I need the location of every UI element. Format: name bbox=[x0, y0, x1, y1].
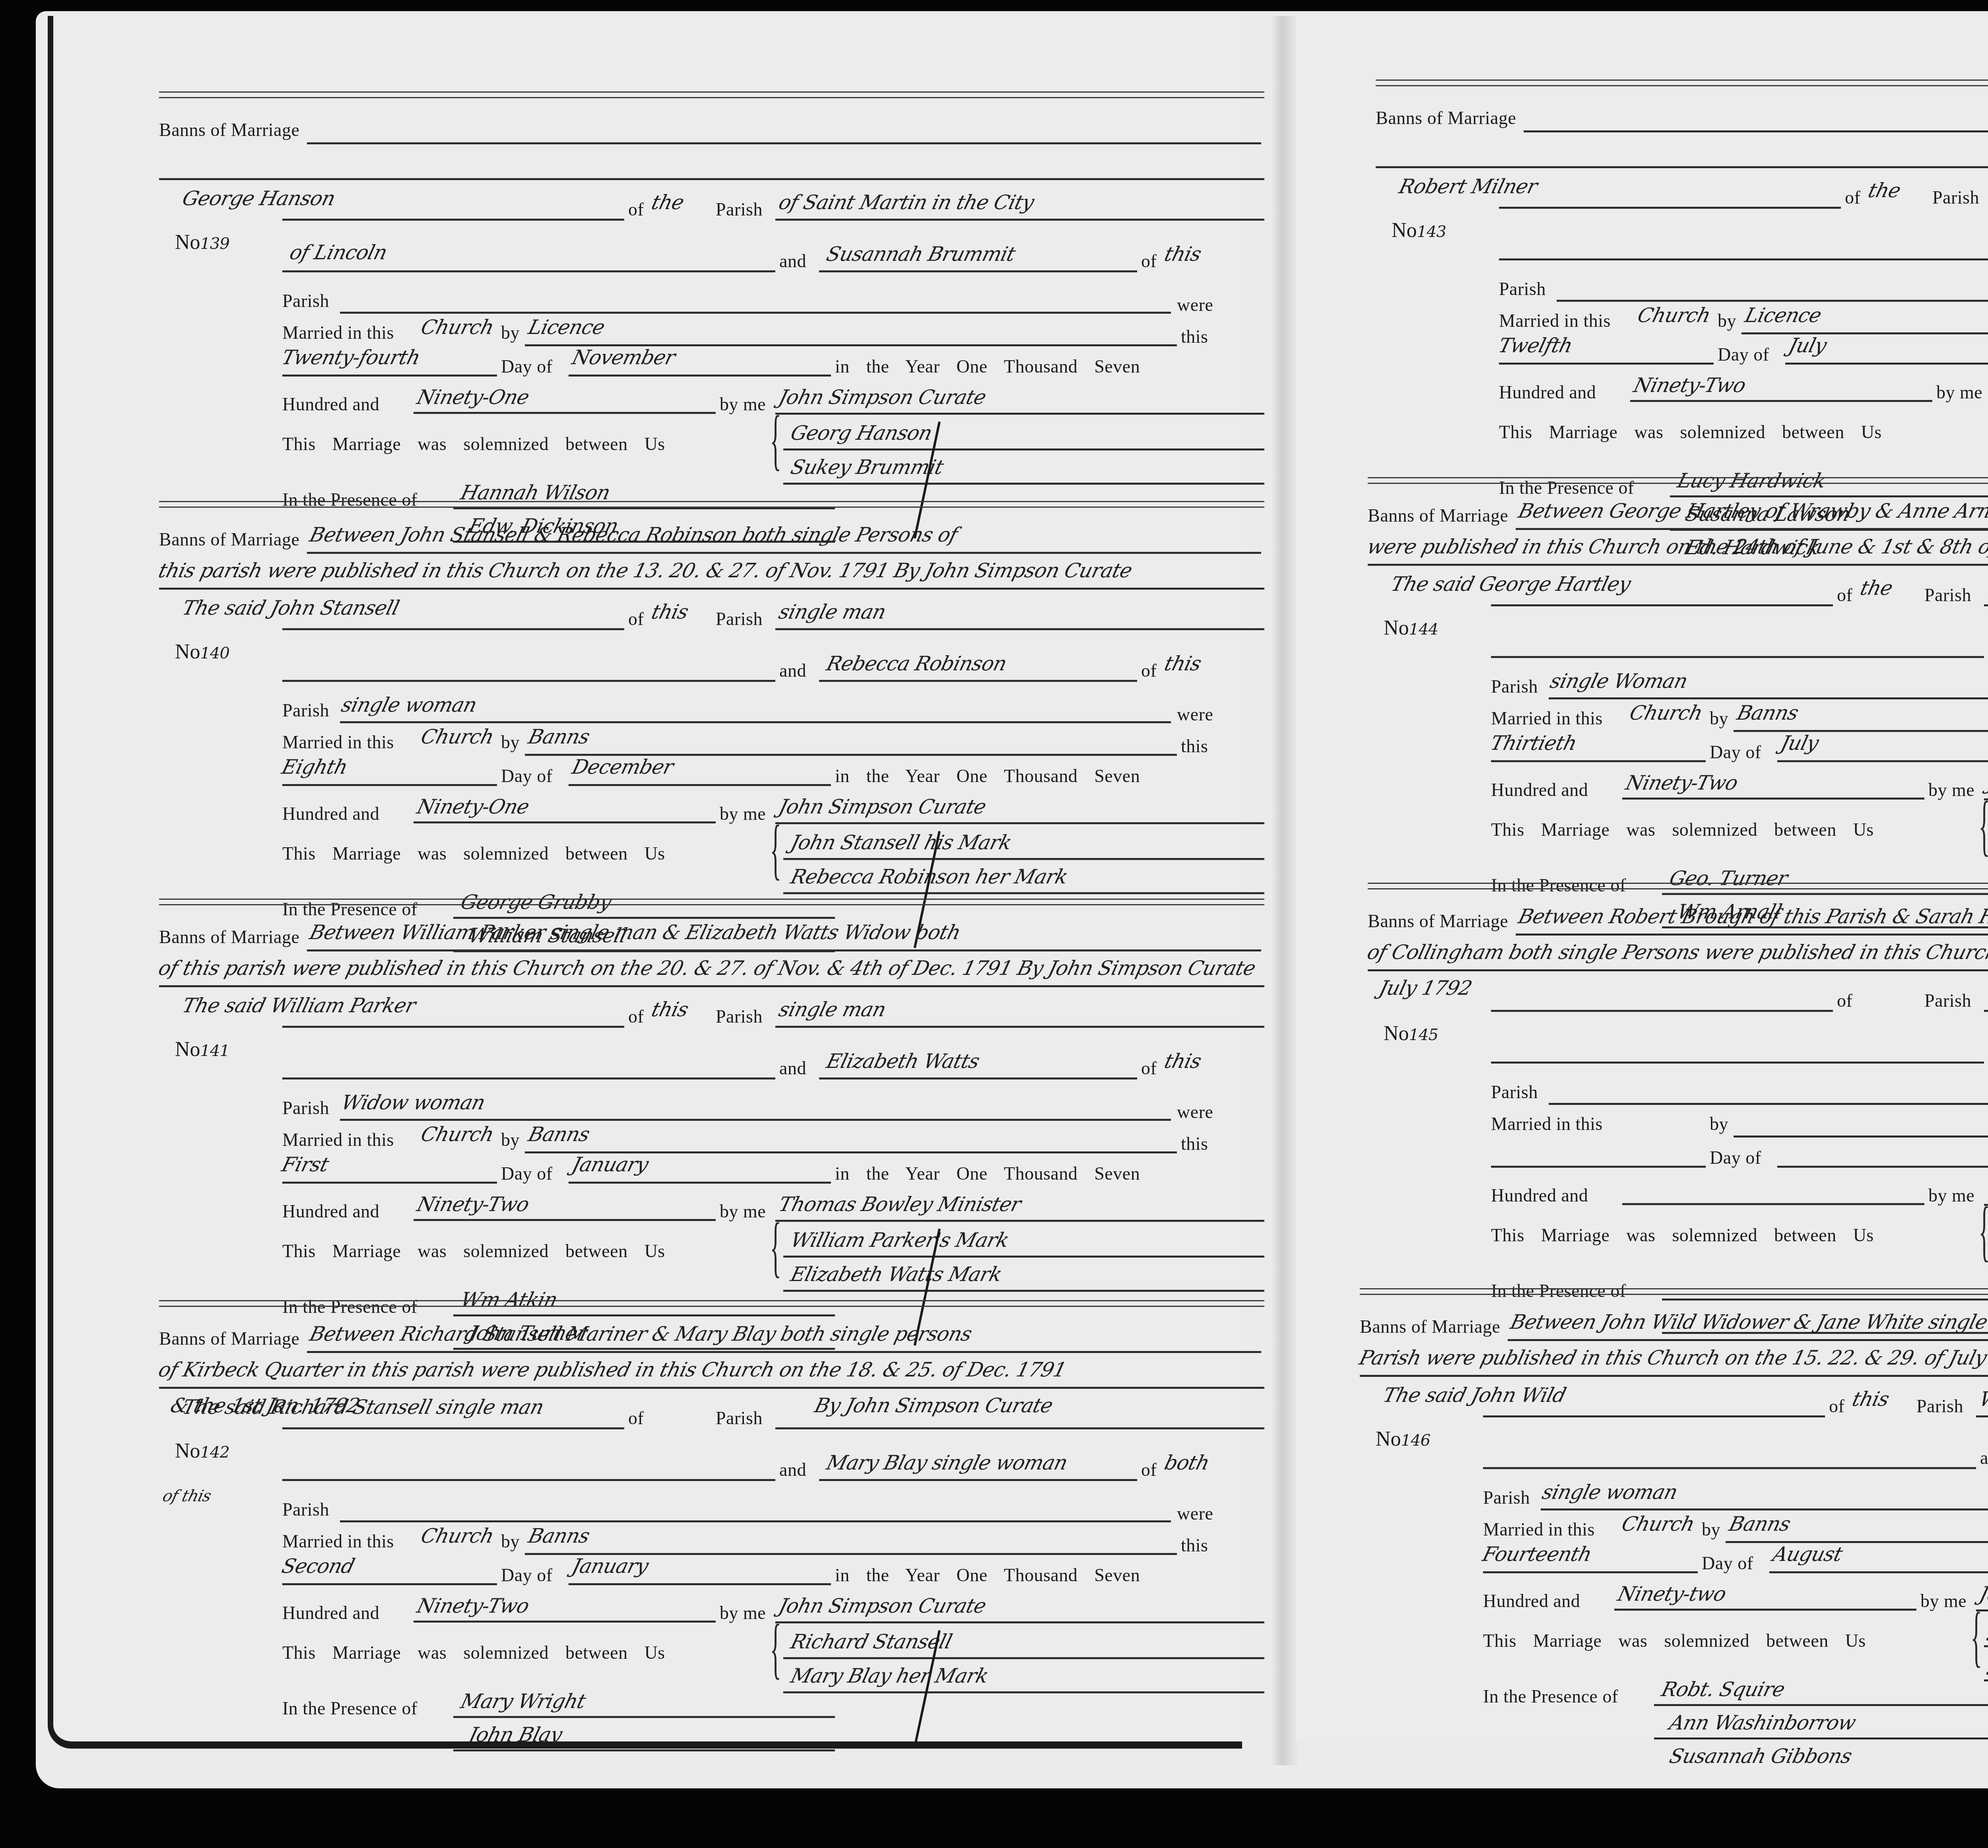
banns-text-line1: Between William Parker single man & Eliz… bbox=[307, 921, 963, 944]
year-label: in the Year One Thousand Seven bbox=[835, 765, 1140, 786]
double-rule-top bbox=[159, 501, 1264, 502]
year-rule bbox=[1622, 1203, 1924, 1205]
banns-label: Banns of Marriage bbox=[1368, 505, 1508, 526]
married-by: Licence bbox=[1743, 304, 1824, 327]
officiant-rule bbox=[775, 822, 1264, 824]
of-label-2: of bbox=[1141, 250, 1157, 272]
hundred-label: Hundred and bbox=[1483, 1590, 1580, 1611]
married-by-rule bbox=[1734, 1136, 1988, 1138]
marriage-entry-143: Banns of Marriage Robert Milner of the P… bbox=[1376, 80, 1988, 477]
officiant: John Simpson Curate bbox=[777, 795, 988, 818]
parish-label: Parish bbox=[1932, 187, 1979, 208]
bride-signature-rule bbox=[783, 1290, 1264, 1292]
officiant-rule bbox=[775, 413, 1264, 415]
month-rule bbox=[1777, 760, 1988, 762]
number-value: 142 bbox=[200, 1443, 229, 1462]
banns-text-line2: of Kirbeck Quarter in this parish were p… bbox=[156, 1358, 1069, 1381]
month-rule bbox=[569, 1583, 831, 1585]
signature-brace: { bbox=[1971, 1602, 1982, 1670]
place: Church bbox=[1635, 304, 1713, 327]
groom-signature-rule bbox=[783, 1657, 1264, 1659]
marriage-entry-145: Banns of Marriage Between Robert Brough … bbox=[1368, 883, 1988, 1280]
banns-rule-2 bbox=[1368, 564, 1988, 566]
day-of-label: Day of bbox=[1702, 1553, 1753, 1574]
banns-text-line1: Between John Wild Widower & Jane White s… bbox=[1508, 1310, 1988, 1334]
bride-rule bbox=[819, 1077, 1137, 1079]
were-label: were bbox=[1177, 704, 1213, 725]
parish-status-rule bbox=[340, 1119, 1171, 1121]
groom-parish-rule bbox=[775, 1026, 1264, 1028]
number-value: 146 bbox=[1401, 1431, 1430, 1450]
groom-rule bbox=[1491, 604, 1833, 606]
parish-label-2: Parish bbox=[282, 1097, 329, 1118]
married-label: Married in this bbox=[282, 732, 394, 753]
officiant-rule bbox=[775, 1220, 1264, 1222]
signature-brace: { bbox=[770, 1213, 782, 1280]
parish-label-2: Parish bbox=[282, 1499, 329, 1520]
hundred-label: Hundred and bbox=[1499, 382, 1596, 403]
double-rule-bottom bbox=[159, 904, 1264, 905]
presence-label: In the Presence of bbox=[282, 1698, 417, 1719]
bride-rule bbox=[819, 680, 1137, 682]
parish-label-2: Parish bbox=[282, 290, 329, 311]
married-label: Married in this bbox=[282, 1129, 394, 1150]
groom-signature-rule bbox=[1984, 1645, 1988, 1647]
witness-2: John Blay bbox=[466, 1723, 565, 1746]
day: Eighth bbox=[280, 755, 350, 778]
groom-rule bbox=[282, 628, 624, 630]
groom-of: this bbox=[1850, 1388, 1891, 1411]
day-rule bbox=[1491, 1166, 1706, 1168]
were-label: were bbox=[1177, 1101, 1213, 1122]
number-value: 139 bbox=[200, 235, 229, 253]
parish-status-rule bbox=[340, 1520, 1171, 1522]
banns-rule-1 bbox=[307, 552, 1261, 554]
marriage-entry-139: Banns of Marriage George Hanson of the P… bbox=[159, 91, 1272, 489]
parish-label: Parish bbox=[1924, 990, 1971, 1011]
number-value: 143 bbox=[1417, 223, 1446, 241]
place: Church bbox=[419, 725, 496, 748]
year-rule bbox=[414, 821, 716, 823]
day-of-label: Day of bbox=[1710, 1147, 1761, 1168]
day: Thirtieth bbox=[1488, 732, 1579, 755]
of-label: of bbox=[628, 199, 644, 220]
signature-brace: { bbox=[770, 815, 782, 883]
month-rule bbox=[1785, 363, 1988, 365]
double-rule-top bbox=[159, 1300, 1264, 1301]
witness-3: Susannah Gibbons bbox=[1667, 1745, 1854, 1768]
by-label: by bbox=[1710, 1113, 1728, 1134]
year-words: Ninety-One bbox=[415, 386, 532, 409]
banns-label: Banns of Marriage bbox=[1376, 107, 1516, 128]
groom-parish-rule bbox=[775, 628, 1264, 630]
day-rule bbox=[1483, 1571, 1698, 1573]
solemnized-label: This Marriage was solemnized between Us bbox=[282, 1642, 665, 1663]
of-label: of bbox=[1845, 187, 1860, 208]
by-me-label: by me bbox=[720, 394, 766, 415]
of-label: of bbox=[1837, 990, 1852, 1011]
parish-label: Parish bbox=[1924, 584, 1971, 606]
number-value: 145 bbox=[1409, 1026, 1438, 1044]
banns-rule-1 bbox=[1524, 130, 1988, 132]
of-label: of bbox=[1837, 584, 1852, 606]
bride-left-rule bbox=[282, 270, 775, 272]
month-rule bbox=[569, 784, 831, 786]
groom-of: the bbox=[1858, 577, 1895, 600]
groom-parish: of Saint Martin in the City bbox=[777, 191, 1037, 214]
hundred-label: Hundred and bbox=[282, 1201, 379, 1222]
married-label: Married in this bbox=[1491, 708, 1603, 729]
bride-name: Mary Blay single woman bbox=[824, 1451, 1070, 1474]
solemnized-label: This Marriage was solemnized between Us bbox=[282, 433, 665, 454]
number-prefix: No bbox=[1384, 1022, 1409, 1045]
double-rule-bottom bbox=[1368, 888, 1988, 889]
groom-name: The said John Wild bbox=[1381, 1384, 1569, 1407]
banns-rule-1 bbox=[1508, 1339, 1988, 1341]
year-words: Ninety-Two bbox=[415, 1193, 532, 1216]
number-value: 140 bbox=[200, 644, 229, 662]
officiant: John Simpson Curate bbox=[777, 1594, 988, 1617]
year-words: Ninety-Two bbox=[415, 1594, 532, 1617]
hundred-label: Hundred and bbox=[1491, 1185, 1588, 1206]
bride-rule bbox=[819, 1479, 1137, 1481]
by-label: by bbox=[1710, 708, 1728, 729]
marriage-entry-140: Banns of Marriage Between John Stansell … bbox=[159, 501, 1272, 899]
number-value: 144 bbox=[1409, 620, 1438, 639]
banns-text-line2: of this parish were published in this Ch… bbox=[156, 957, 1258, 980]
double-rule-top bbox=[159, 91, 1264, 93]
banns-text-line1: Between Richard Stansell Mariner & Mary … bbox=[307, 1322, 974, 1345]
marriage-entry-144: Banns of Marriage Between George Hartley… bbox=[1368, 477, 1988, 875]
bride-of: this bbox=[1162, 652, 1204, 675]
banns-label: Banns of Marriage bbox=[1368, 910, 1508, 932]
by-me-label: by me bbox=[1920, 1590, 1967, 1611]
banns-text-line1: Between George Hartley of Wrawby & Anne … bbox=[1516, 499, 1988, 522]
signature-brace: { bbox=[770, 406, 782, 473]
married-label: Married in this bbox=[1499, 310, 1611, 331]
entry-number: No140 bbox=[175, 640, 229, 664]
witness-1-rule bbox=[453, 1716, 835, 1718]
day-of-label: Day of bbox=[1710, 742, 1761, 763]
were-label: were bbox=[1177, 1503, 1213, 1524]
banns-text-line2: were published in this Church on the 24t… bbox=[1365, 535, 1988, 558]
witness-1: Robt. Squire bbox=[1659, 1678, 1787, 1701]
year-rule bbox=[1622, 798, 1924, 800]
place: Church bbox=[419, 1123, 496, 1146]
banns-text-line3-by: By John Simpson Curate bbox=[812, 1394, 1055, 1417]
groom-of: this bbox=[649, 998, 691, 1021]
bride-of: this bbox=[1162, 243, 1204, 266]
groom-signature: William Parker's Mark bbox=[788, 1229, 1011, 1252]
banns-rule-1 bbox=[307, 949, 1261, 951]
parish-status-rule bbox=[1541, 1508, 1988, 1510]
and-label: and bbox=[779, 660, 806, 681]
bride-name: Rebecca Robinson bbox=[824, 652, 1009, 675]
bride-left-rule bbox=[1483, 1467, 1976, 1469]
double-rule-top bbox=[1368, 477, 1988, 478]
year-rule bbox=[414, 1621, 716, 1623]
groom-signature-rule bbox=[783, 858, 1264, 860]
by-label: by bbox=[501, 732, 520, 753]
married-label: Married in this bbox=[282, 1531, 394, 1552]
bride-left-rule bbox=[1491, 656, 1984, 658]
married-label: Married in this bbox=[1483, 1519, 1595, 1540]
groom-signature: John Stansell his Mark bbox=[788, 831, 1014, 854]
bride-left-rule bbox=[1491, 1062, 1984, 1064]
by-me-label: by me bbox=[720, 1602, 766, 1623]
banns-rule-1 bbox=[307, 142, 1261, 144]
day-rule bbox=[282, 784, 497, 786]
parish-label: Parish bbox=[716, 608, 763, 629]
hundred-label: Hundred and bbox=[282, 803, 379, 824]
day: Fourteenth bbox=[1480, 1543, 1594, 1566]
solemnized-label: This Marriage was solemnized between Us bbox=[1491, 819, 1874, 840]
by-label: by bbox=[501, 1129, 520, 1150]
year-label: in the Year One Thousand Seven bbox=[835, 1163, 1140, 1184]
groom-parish: single man bbox=[777, 998, 888, 1021]
day-rule bbox=[282, 375, 497, 377]
groom-signature: Georg Hanson bbox=[788, 421, 934, 445]
of-label: of bbox=[628, 1407, 644, 1429]
by-me-label: by me bbox=[720, 1201, 766, 1222]
of-label: of bbox=[1829, 1396, 1844, 1417]
presence-label: In the Presence of bbox=[1483, 1686, 1618, 1707]
year-rule bbox=[1614, 1609, 1916, 1611]
parish-label: Parish bbox=[716, 1006, 763, 1027]
by-label: by bbox=[1702, 1519, 1720, 1540]
day-of-label: Day of bbox=[501, 356, 552, 377]
groom-parish: of Wrawby single man bbox=[1985, 577, 1988, 600]
groom-rule bbox=[282, 1026, 624, 1028]
parish-status-rule bbox=[1557, 300, 1988, 302]
month: January bbox=[570, 1153, 651, 1176]
groom-parish-rule bbox=[775, 1427, 1264, 1429]
parish-status-rule bbox=[1549, 1103, 1988, 1105]
number-prefix: No bbox=[1392, 219, 1417, 242]
solemnized-label: This Marriage was solemnized between Us bbox=[282, 1240, 665, 1262]
groom-rule bbox=[1491, 1010, 1833, 1012]
banns-rule-2 bbox=[159, 1387, 1264, 1389]
signature-brace: { bbox=[1987, 394, 1988, 461]
groom-rule bbox=[282, 1427, 624, 1429]
place: Church bbox=[1619, 1512, 1697, 1535]
groom-parish-rule bbox=[775, 219, 1264, 221]
entry-number: No141 bbox=[175, 1038, 229, 1061]
banns-rule-2 bbox=[1376, 166, 1988, 168]
month: July bbox=[1786, 334, 1829, 357]
banns-rule-1 bbox=[1516, 934, 1988, 936]
month: November bbox=[570, 346, 678, 369]
parish-label-2: Parish bbox=[1483, 1487, 1530, 1508]
and-label: and bbox=[779, 1058, 806, 1079]
day: First bbox=[280, 1153, 331, 1176]
bride-signature-rule bbox=[783, 1691, 1264, 1693]
bride-of: this bbox=[1162, 1050, 1204, 1073]
hundred-label: Hundred and bbox=[282, 1602, 379, 1623]
month-rule bbox=[569, 1182, 831, 1184]
parish-label-2: Parish bbox=[1499, 278, 1546, 299]
day-rule bbox=[1491, 760, 1706, 762]
banns-text-line1: Between Robert Brough of this Parish & S… bbox=[1516, 905, 1988, 928]
and-label: and bbox=[779, 1459, 806, 1480]
groom-of: the bbox=[1866, 179, 1903, 202]
parish-status-rule bbox=[340, 312, 1171, 314]
officiant: John Simpson Curate bbox=[777, 386, 988, 409]
parish-status: single Woman bbox=[1548, 670, 1690, 693]
bride-signature: Elizabeth Watts Mark bbox=[788, 1263, 1004, 1286]
of-label-2: of bbox=[1141, 660, 1157, 681]
year-words: Ninety-two bbox=[1615, 1582, 1728, 1605]
bride-signature-rule bbox=[783, 892, 1264, 894]
witness-2-rule bbox=[1654, 1737, 1988, 1739]
groom-parish-continued: of Lincoln bbox=[287, 241, 390, 264]
month: January bbox=[570, 1555, 651, 1578]
double-rule-top bbox=[1360, 1288, 1988, 1289]
number-prefix: No bbox=[175, 641, 200, 663]
year-rule bbox=[414, 412, 716, 414]
marriage-entry-141: Banns of Marriage Between William Parker… bbox=[159, 899, 1272, 1296]
bride-name: Susannah Brummit bbox=[824, 243, 1017, 266]
groom-parish-rule bbox=[1976, 1415, 1988, 1417]
banns-text-line2: this parish were published in this Churc… bbox=[156, 559, 1135, 582]
of-label: of bbox=[628, 1006, 644, 1027]
officiant-rule bbox=[775, 1621, 1264, 1623]
groom-name: Robert Milner bbox=[1397, 175, 1540, 198]
day-rule bbox=[282, 1182, 497, 1184]
parish-status-rule bbox=[1549, 697, 1988, 699]
number-prefix: No bbox=[175, 1440, 200, 1462]
hundred-label: Hundred and bbox=[1491, 779, 1588, 800]
double-rule-bottom bbox=[1376, 85, 1988, 86]
day-of-label: Day of bbox=[501, 1163, 552, 1184]
day-of-label: Day of bbox=[1718, 344, 1769, 365]
married-label: Married in this bbox=[1491, 1113, 1603, 1134]
solemnized-label: This Marriage was solemnized between Us bbox=[282, 843, 665, 864]
bride-left-rule bbox=[282, 680, 775, 682]
this-label: this bbox=[1181, 1133, 1208, 1154]
groom-of: this bbox=[649, 600, 691, 623]
married-by-rule bbox=[1726, 1541, 1988, 1543]
groom-name: The said Richard Stansell single man bbox=[180, 1396, 546, 1419]
groom-parish-rule bbox=[1984, 604, 1988, 606]
this-label: this bbox=[1181, 736, 1208, 757]
by-me-label: by me bbox=[720, 803, 766, 824]
bride-signature: Sukey Brummit bbox=[788, 456, 946, 479]
day: Twelfth bbox=[1496, 334, 1575, 357]
parish-status: Widow woman bbox=[339, 1091, 487, 1114]
by-me-label: by me bbox=[1928, 1185, 1974, 1206]
groom-name: The said John Stansell bbox=[180, 596, 402, 619]
double-rule-top bbox=[159, 899, 1264, 900]
were-label: were bbox=[1177, 294, 1213, 315]
number-prefix: No bbox=[1384, 617, 1409, 639]
parish-label-2: Parish bbox=[1491, 676, 1538, 697]
year-words: Ninety-Two bbox=[1623, 771, 1740, 794]
parish-label: Parish bbox=[716, 199, 763, 220]
parish-status: single woman bbox=[339, 693, 479, 716]
banns-rule-2 bbox=[159, 178, 1264, 180]
and-label: and bbox=[1980, 1447, 1988, 1468]
witness-2-rule bbox=[453, 1749, 835, 1751]
double-rule-top bbox=[1368, 883, 1988, 884]
bride-signature: Mary Blay her Mark bbox=[788, 1664, 991, 1687]
banns-label: Banns of Marriage bbox=[159, 926, 299, 947]
day-of-label: Day of bbox=[501, 1565, 552, 1586]
double-rule-bottom bbox=[159, 1306, 1264, 1307]
double-rule-bottom bbox=[1368, 483, 1988, 484]
groom-signature: Richard Stansell bbox=[788, 1630, 955, 1653]
bride-signature-rule bbox=[783, 483, 1264, 485]
month-rule bbox=[1769, 1571, 1988, 1573]
banns-label: Banns of Marriage bbox=[159, 529, 299, 550]
banns-text-line1: Between John Stansell & Rebecca Robinson… bbox=[307, 523, 960, 546]
solemnized-label: This Marriage was solemnized between Us bbox=[1491, 1225, 1874, 1246]
number-prefix: No bbox=[1376, 1428, 1401, 1450]
groom-parish: single man bbox=[777, 600, 888, 623]
this-label: this bbox=[1181, 1535, 1208, 1556]
month-rule bbox=[569, 375, 831, 377]
hundred-label: Hundred and bbox=[282, 394, 379, 415]
margin-note: of this bbox=[161, 1487, 213, 1505]
entry-number: No144 bbox=[1384, 616, 1438, 640]
bride-left-rule bbox=[1499, 258, 1988, 260]
year-words: Ninety-One bbox=[415, 795, 532, 818]
banns-rule-2 bbox=[1368, 969, 1988, 971]
bride-signature-rule bbox=[1984, 1679, 1988, 1681]
signature-brace: { bbox=[1979, 791, 1988, 859]
witness-1: Mary Wright bbox=[458, 1690, 588, 1713]
banns-label: Banns of Marriage bbox=[1360, 1316, 1500, 1337]
month-rule bbox=[1777, 1166, 1988, 1168]
marriage-entry-142: Banns of Marriage Between Richard Stanse… bbox=[159, 1300, 1272, 1698]
groom-rule bbox=[1499, 207, 1841, 209]
by-label: by bbox=[501, 322, 520, 343]
married-by-rule bbox=[1734, 730, 1988, 732]
by-me-label: by me bbox=[1928, 779, 1974, 800]
number-prefix: No bbox=[175, 1038, 200, 1061]
entry-number: No143 bbox=[1392, 219, 1446, 242]
entry-number: No145 bbox=[1384, 1022, 1438, 1045]
entry-number: No139 bbox=[175, 231, 229, 254]
banns-label: Banns of Marriage bbox=[159, 119, 299, 140]
bride-of: both bbox=[1162, 1451, 1212, 1474]
solemnized-label: This Marriage was solemnized between Us bbox=[1483, 1630, 1866, 1651]
and-label: and bbox=[779, 250, 806, 272]
of-label-2: of bbox=[1141, 1459, 1157, 1480]
signature-brace: { bbox=[1979, 1197, 1988, 1264]
groom-rule bbox=[1483, 1415, 1825, 1417]
double-rule-bottom bbox=[159, 97, 1264, 98]
groom-parish: Widower bbox=[1977, 1388, 1988, 1411]
officiant: Thomas Bowley Minister bbox=[777, 1193, 1023, 1216]
bride-name: Elizabeth Watts bbox=[824, 1050, 982, 1073]
year-label: in the Year One Thousand Seven bbox=[835, 356, 1140, 377]
number-value: 141 bbox=[200, 1042, 229, 1060]
banns-rule-1 bbox=[307, 1351, 1261, 1353]
this-label: this bbox=[1181, 326, 1208, 347]
by-label: by bbox=[501, 1531, 520, 1552]
year-label: in the Year One Thousand Seven bbox=[835, 1565, 1140, 1586]
banns-text-line2: Parish were published in this Church on … bbox=[1357, 1346, 1988, 1369]
year-rule bbox=[1630, 400, 1932, 402]
bride-rule bbox=[819, 270, 1137, 272]
year-words: Ninety-Two bbox=[1631, 374, 1748, 397]
married-by: Banns bbox=[526, 1524, 592, 1547]
parish-status-rule bbox=[340, 721, 1171, 723]
groom-rule bbox=[282, 219, 624, 221]
groom-name: The said William Parker bbox=[180, 994, 418, 1017]
parish-label-2: Parish bbox=[282, 700, 329, 721]
